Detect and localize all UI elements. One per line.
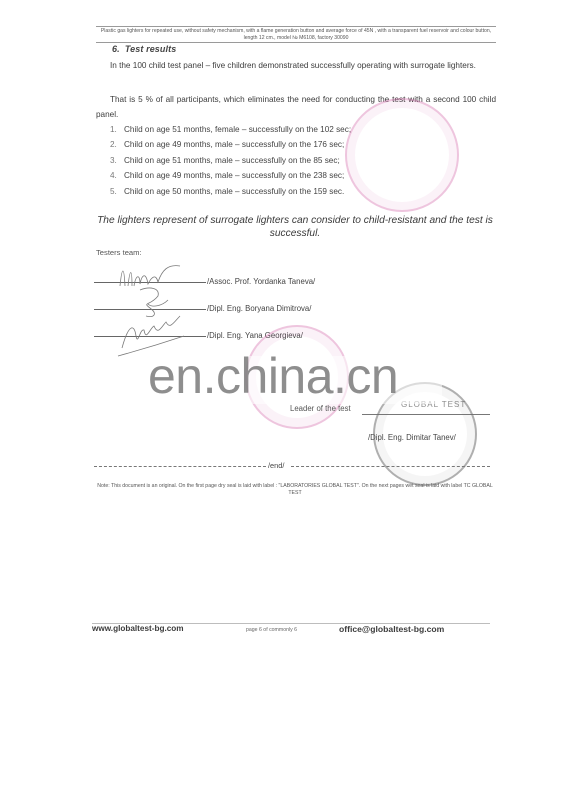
leader-label: Leader of the test: [290, 404, 351, 413]
paragraph-percentage: That is 5 % of all participants, which e…: [96, 92, 496, 122]
list-item: 2.Child on age 49 months, male – success…: [110, 137, 351, 152]
list-item: 1.Child on age 51 months, female – succe…: [110, 122, 351, 137]
tester-name: /Dipl. Eng. Boryana Dimitrova/: [207, 304, 311, 313]
header-rule-top: [96, 26, 496, 27]
signature-row: /Dipl. Eng. Yana Georgieva/: [94, 326, 394, 340]
footer-email-link[interactable]: office@globaltest-bg.com: [339, 624, 444, 634]
tester-name: /Assoc. Prof. Yordanka Taneva/: [207, 277, 315, 286]
end-marker: /end/: [94, 461, 490, 471]
list-item: 5.Child on age 50 months, male – success…: [110, 184, 351, 199]
tester-name: /Dipl. Eng. Yana Georgieva/: [207, 331, 303, 340]
dashed-divider: [291, 466, 490, 467]
footer-website-link[interactable]: www.globaltest-bg.com: [92, 624, 184, 633]
conclusion-text: The lighters represent of surrogate ligh…: [92, 214, 498, 240]
results-list: 1.Child on age 51 months, female – succe…: [110, 122, 351, 199]
dashed-divider: [94, 466, 266, 467]
signature-line: [94, 282, 206, 283]
signature-row: /Dipl. Eng. Boryana Dimitrova/: [94, 299, 394, 313]
leader-signature-line: [362, 414, 490, 415]
signature-line: [94, 309, 206, 310]
testers-team-label: Testers team:: [96, 248, 142, 257]
section-title-text: Test results: [125, 44, 176, 54]
end-text: /end/: [268, 461, 284, 470]
list-item: 3.Child on age 51 months, male – success…: [110, 153, 351, 168]
list-item: 4.Child on age 49 months, male – success…: [110, 168, 351, 183]
document-note: Note: This document is an original. On t…: [92, 483, 498, 497]
footer-page-info: page 6 of commonly 6: [246, 627, 297, 633]
signature-line: [94, 336, 206, 337]
header-rule-bottom: [96, 42, 496, 43]
paragraph-panel-result: In the 100 child test panel – five child…: [96, 58, 496, 73]
document-page: Plastic gas lighters for repeated use, w…: [0, 0, 581, 800]
section-title: 6. Test results: [112, 44, 176, 54]
product-description: Plastic gas lighters for repeated use, w…: [96, 28, 496, 41]
signature-row: /Assoc. Prof. Yordanka Taneva/: [94, 272, 394, 286]
section-number: 6.: [112, 44, 120, 54]
leader-name: /Dipl. Eng. Dimitar Tanev/: [368, 433, 456, 442]
watermark-text: en.china.cn: [148, 348, 398, 404]
